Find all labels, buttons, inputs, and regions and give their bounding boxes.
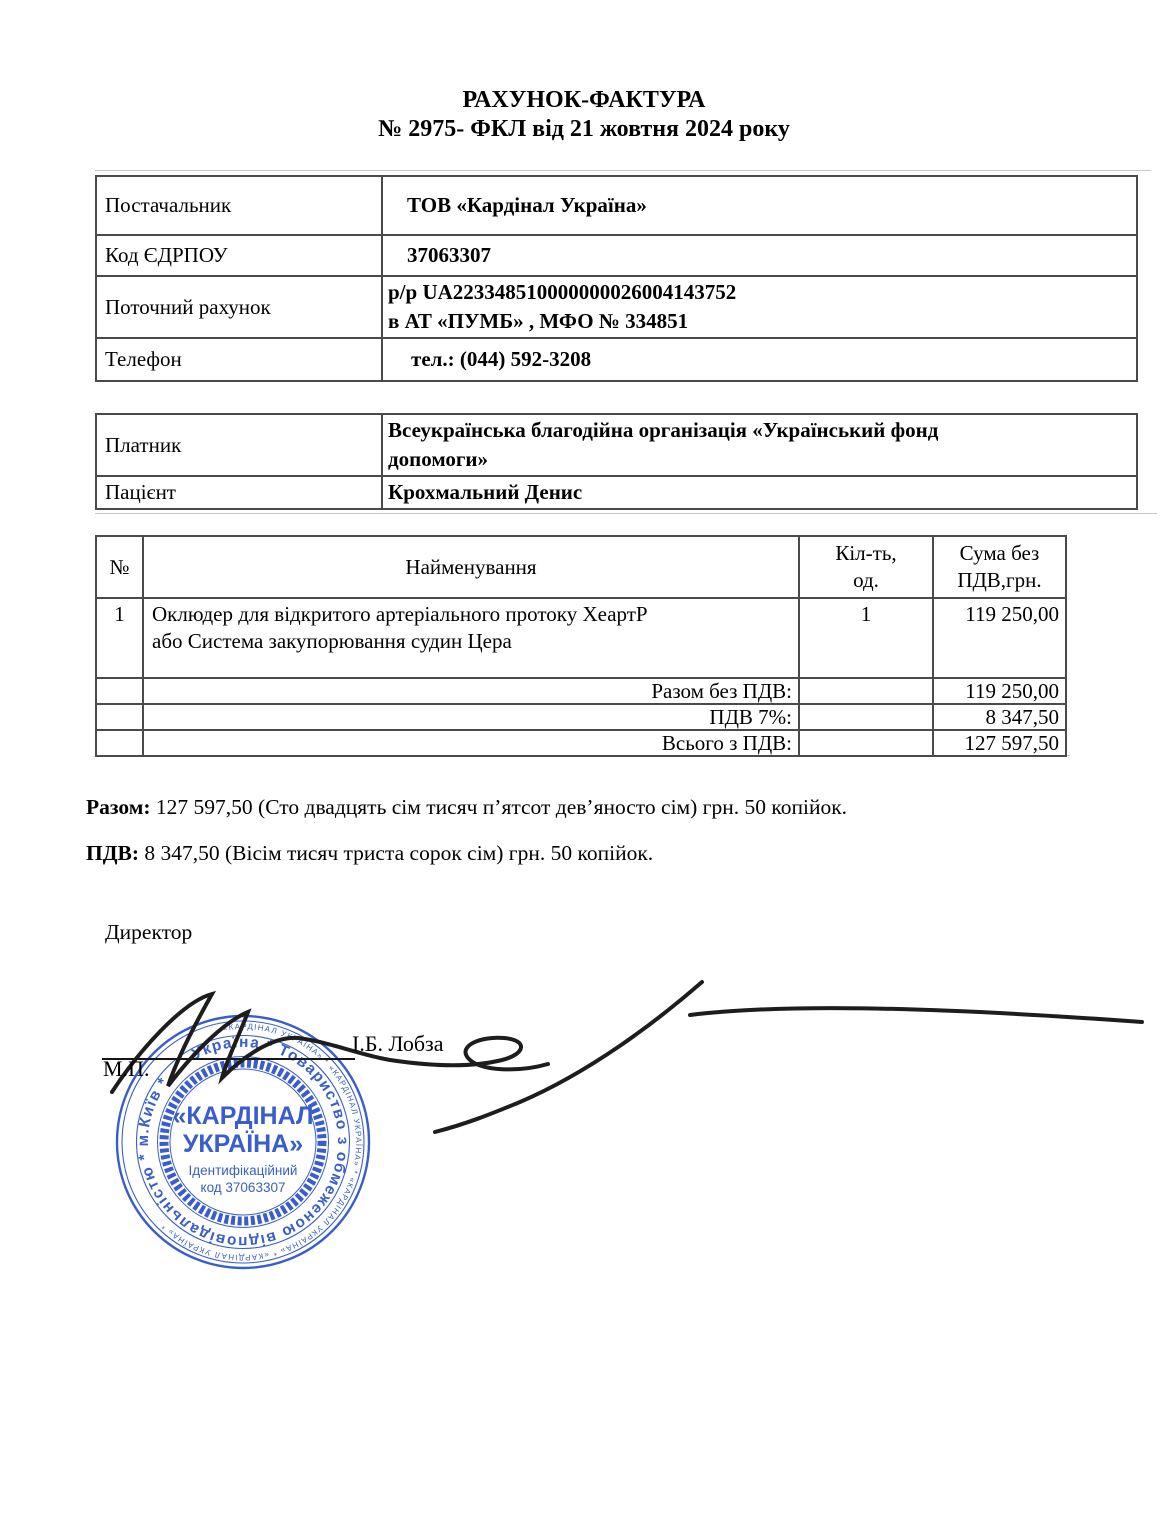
invoice-page: РАХУНОК-ФАКТУРА № 2975- ФКЛ від 21 жовтн… xyxy=(0,0,1168,1540)
item-name-line2: або Система закупорювання судин Цера xyxy=(152,628,797,655)
col-header-name: Найменування xyxy=(143,536,799,598)
item-name-line1: Оклюдер для відкритого артеріального про… xyxy=(152,601,797,628)
subtotal-label: Разом без ПДВ: xyxy=(143,678,799,704)
edrpou-value: 37063307 xyxy=(382,235,1137,276)
total-row-subtotal: Разом без ПДВ: 119 250,00 xyxy=(96,678,1066,704)
item-row: 1 Оклюдер для відкритого артеріального п… xyxy=(96,598,1066,678)
supplier-value: ТОВ «Кардінал Україна» xyxy=(382,176,1137,235)
col-header-sum: Сума без ПДВ,грн. xyxy=(933,536,1066,598)
seal-place-mark: М.П. xyxy=(103,1056,149,1082)
col-header-qty: Кіл-ть, од. xyxy=(799,536,933,598)
account-value: р/р UA223348510000000026004143752 в АТ «… xyxy=(382,276,1137,338)
empty-cell xyxy=(799,678,933,704)
total-row-vat: ПДВ 7%: 8 347,50 xyxy=(96,704,1066,730)
handwritten-signature xyxy=(90,960,1168,1155)
account-value-line2: в АТ «ПУМБ» , МФО № 334851 xyxy=(388,307,1135,336)
director-title: Директор xyxy=(105,920,192,945)
vat-label: ПДВ 7%: xyxy=(143,704,799,730)
subtotal-value: 119 250,00 xyxy=(933,678,1066,704)
payer-label: Платник xyxy=(96,414,382,476)
total-in-words-label: Разом: xyxy=(86,795,151,819)
director-name: І.Б. Лобза xyxy=(352,1031,443,1057)
col-header-qty-line2: од. xyxy=(801,567,931,594)
table-row: Пацієнт Крохмальний Денис xyxy=(96,476,1137,509)
payer-value-line2: допомоги» xyxy=(388,445,1135,474)
supplier-table: Постачальник ТОВ «Кардінал Україна» Код … xyxy=(95,175,1138,382)
stamp-center-line4: код 37063307 xyxy=(201,1180,286,1195)
patient-value: Крохмальний Денис xyxy=(382,476,1137,509)
empty-cell xyxy=(96,678,143,704)
vat-value: 8 347,50 xyxy=(933,704,1066,730)
account-label: Поточний рахунок xyxy=(96,276,382,338)
item-qty: 1 xyxy=(799,598,933,678)
col-header-sum-line1: Сума без xyxy=(935,540,1064,567)
item-name: Оклюдер для відкритого артеріального про… xyxy=(143,598,799,678)
item-sum: 119 250,00 xyxy=(933,598,1066,678)
payer-value: Всеукраїнська благодійна організація «Ук… xyxy=(382,414,1137,476)
col-header-qty-line1: Кіл-ть, xyxy=(801,540,931,567)
invoice-title-line1: РАХУНОК-ФАКТУРА xyxy=(0,86,1168,115)
items-table: № Найменування Кіл-ть, од. Сума без ПДВ,… xyxy=(95,535,1067,757)
table-row: Код ЄДРПОУ 37063307 xyxy=(96,235,1137,276)
vat-in-words-label: ПДВ: xyxy=(86,841,139,865)
supplier-label: Постачальник xyxy=(96,176,382,235)
col-header-num: № xyxy=(96,536,143,598)
empty-cell xyxy=(799,704,933,730)
total-in-words-text: 127 597,50 (Сто двадцять сім тисяч п’ятс… xyxy=(151,795,848,819)
table-row: Платник Всеукраїнська благодійна організ… xyxy=(96,414,1137,476)
phone-value: тел.: (044) 592-3208 xyxy=(382,338,1137,381)
item-num: 1 xyxy=(96,598,143,678)
phone-label: Телефон xyxy=(96,338,382,381)
grand-total-label: Всього з ПДВ: xyxy=(143,730,799,756)
scan-artifact-line xyxy=(95,170,1151,171)
account-value-line1: р/р UA223348510000000026004143752 xyxy=(388,278,1135,307)
signature-stroke xyxy=(435,982,702,1132)
table-row: Телефон тел.: (044) 592-3208 xyxy=(96,338,1137,381)
col-header-sum-line2: ПДВ,грн. xyxy=(935,567,1064,594)
payer-value-line1: Всеукраїнська благодійна організація «Ук… xyxy=(388,416,1135,445)
invoice-title-line2: № 2975- ФКЛ від 21 жовтня 2024 року xyxy=(0,115,1168,144)
vat-in-words-text: 8 347,50 (Вісім тисяч триста сорок сім) … xyxy=(139,841,653,865)
total-in-words: Разом: 127 597,50 (Сто двадцять сім тися… xyxy=(86,795,847,820)
total-row-grand: Всього з ПДВ: 127 597,50 xyxy=(96,730,1066,756)
empty-cell xyxy=(96,730,143,756)
invoice-title: РАХУНОК-ФАКТУРА № 2975- ФКЛ від 21 жовтн… xyxy=(0,86,1168,144)
signature-stroke xyxy=(112,994,548,1092)
empty-cell xyxy=(799,730,933,756)
empty-cell xyxy=(96,704,143,730)
payer-table: Платник Всеукраїнська благодійна організ… xyxy=(95,413,1138,510)
signature-stroke xyxy=(690,1008,1142,1022)
table-row: Постачальник ТОВ «Кардінал Україна» xyxy=(96,176,1137,235)
vat-in-words: ПДВ: 8 347,50 (Вісім тисяч триста сорок … xyxy=(86,841,653,866)
patient-label: Пацієнт xyxy=(96,476,382,509)
table-row: Поточний рахунок р/р UA22334851000000002… xyxy=(96,276,1137,338)
stamp-center-line3: Ідентифікаційний xyxy=(189,1163,298,1178)
grand-total-value: 127 597,50 xyxy=(933,730,1066,756)
edrpou-label: Код ЄДРПОУ xyxy=(96,235,382,276)
items-header-row: № Найменування Кіл-ть, од. Сума без ПДВ,… xyxy=(96,536,1066,598)
scan-artifact-line xyxy=(95,513,1157,514)
